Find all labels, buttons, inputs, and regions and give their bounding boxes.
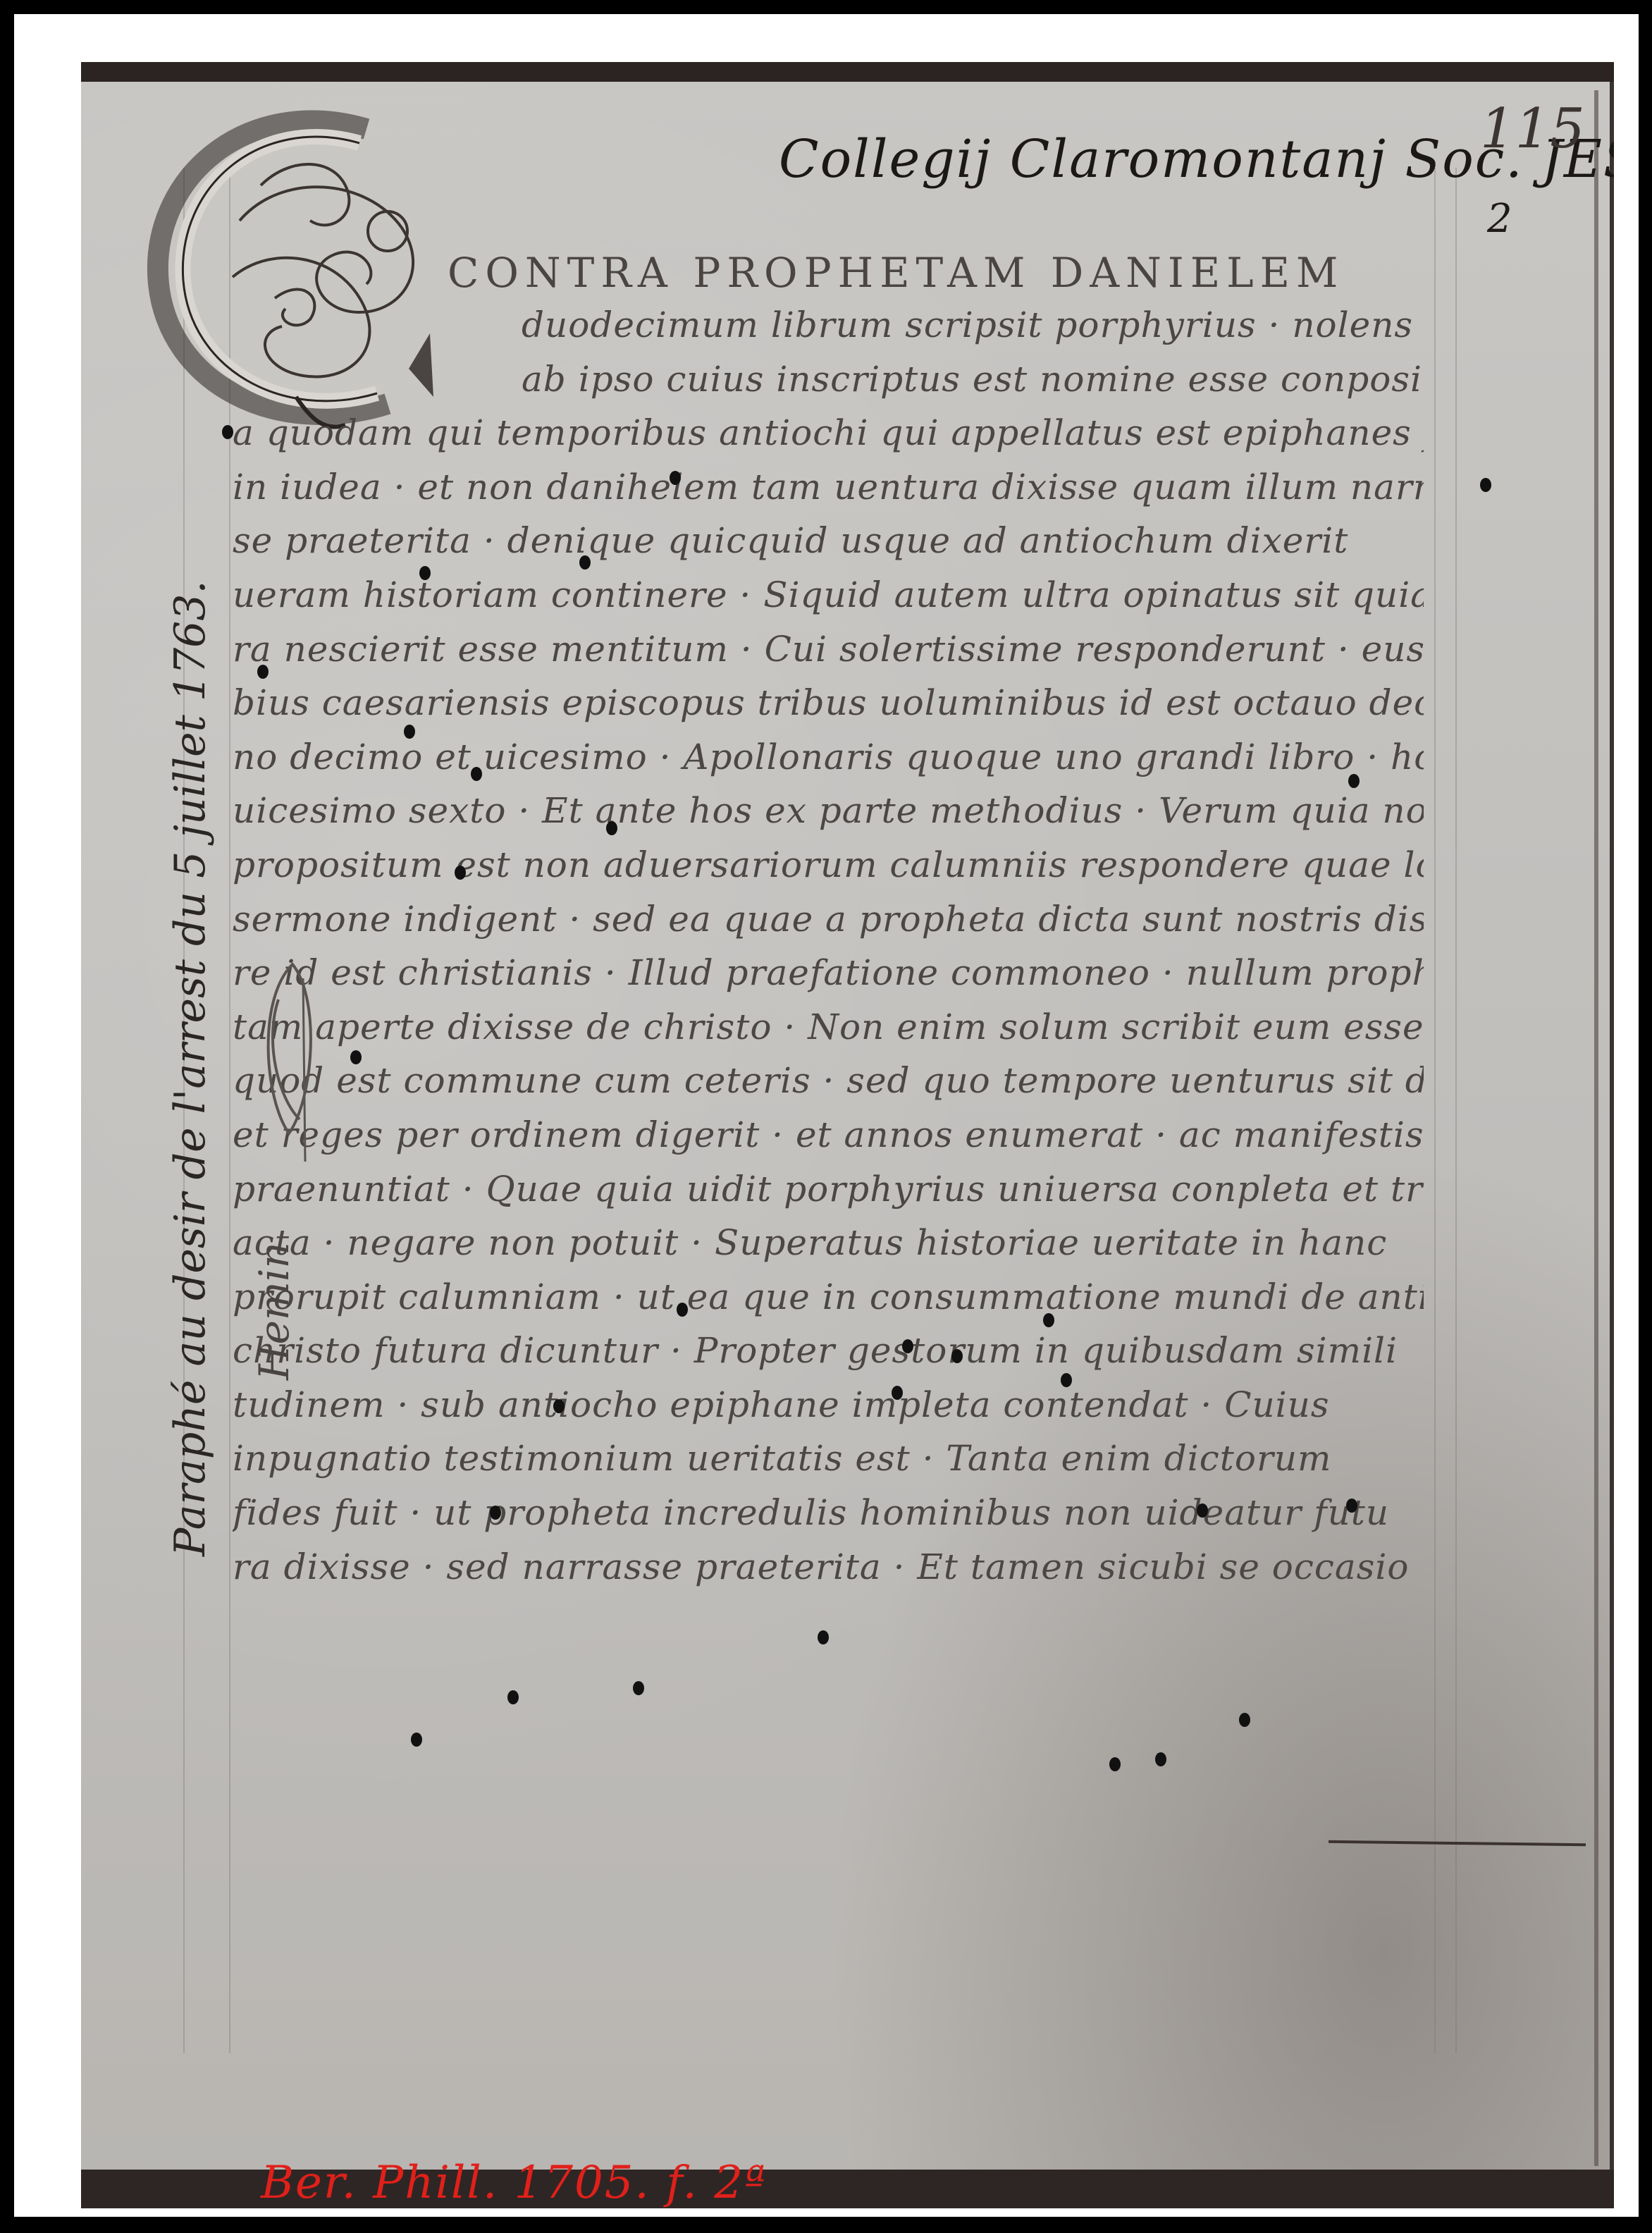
wormhole: [902, 1339, 913, 1353]
text-line: re id est christianis · Illud praefation…: [233, 946, 1424, 1000]
wormhole: [633, 1681, 644, 1695]
text-line: duodecimum librum scripsit porphyrius · …: [233, 298, 1424, 352]
wormhole: [455, 866, 466, 880]
text-line: ab ipso cuius inscriptus est nomine esse…: [233, 352, 1424, 407]
wormhole: [677, 1303, 688, 1317]
text-line: quod est commune cum ceteris · sed quo t…: [233, 1054, 1424, 1108]
text-line: praenuntiat · Quae quia uidit porphyrius…: [233, 1162, 1424, 1217]
wormhole: [1043, 1313, 1054, 1327]
archive-shelfmark-caption: Ber. Phill. 1705. f. 2ª: [261, 2157, 767, 2209]
wormhole: [411, 1733, 422, 1747]
wormhole: [579, 555, 591, 570]
wormhole: [471, 767, 482, 781]
wormhole: [507, 1690, 519, 1704]
wormhole: [818, 1630, 829, 1644]
text-line: inpugnatio testimonium ueritatis est · T…: [233, 1432, 1424, 1486]
folio-sub-number: 2: [1487, 196, 1512, 242]
wormhole: [1346, 1499, 1357, 1513]
wormhole: [1348, 774, 1360, 788]
text-line: et reges per ordinem digerit · et annos …: [233, 1108, 1424, 1162]
text-line: acta · negare non potuit · Superatus his…: [233, 1216, 1424, 1270]
margin-annotation: Paraphé au desir de l'arrest du 5 juille…: [166, 580, 215, 1556]
text-line: tudinem · sub antiocho epiphane impleta …: [233, 1378, 1424, 1432]
wormhole: [350, 1050, 362, 1064]
text-line: in iudea · et non danihelem tam uentura …: [233, 460, 1424, 515]
ruling-line: [229, 168, 230, 2053]
wormhole: [1197, 1503, 1208, 1518]
paraph-flourish-icon: [250, 957, 328, 1169]
wormhole: [553, 1399, 565, 1413]
manuscript-text: duodecimum librum scripsit porphyrius · …: [233, 298, 1424, 1594]
folio-number: 115: [1480, 97, 1585, 161]
text-line: propositum est non aduersariorum calumni…: [233, 838, 1424, 892]
text-line: bius caesariensis episcopus tribus uolum…: [233, 676, 1424, 730]
text-line: ra dixisse · sed narrasse praeterita · E…: [233, 1540, 1424, 1594]
text-line: ra nescierit esse mentitum · Cui solerti…: [233, 622, 1424, 677]
text-line: se praeterita · denique quicquid usque a…: [233, 514, 1424, 568]
wormhole: [1109, 1757, 1121, 1771]
text-line: ueram historiam continere · Siquid autem…: [233, 568, 1424, 622]
text-line: uicesimo sexto · Et ante hos ex parte me…: [233, 784, 1424, 838]
text-line: tam aperte dixisse de christo · Non enim…: [233, 1000, 1424, 1054]
margin-signature: Hemin: [250, 1242, 298, 1380]
ruling-line: [1455, 168, 1457, 2053]
ruling-line: [1434, 168, 1436, 2053]
wormhole: [1061, 1373, 1072, 1387]
wormhole: [490, 1506, 501, 1520]
wormhole: [1239, 1713, 1250, 1727]
text-line: a quodam qui temporibus antiochi qui app…: [233, 406, 1424, 460]
manuscript-photograph: Collegij Claromontanj Soc. JESV. 115 2 C…: [81, 62, 1614, 2208]
wormhole: [257, 665, 269, 679]
wormhole: [606, 821, 617, 835]
page-edge: [1594, 90, 1598, 2166]
wormhole: [1480, 478, 1491, 492]
wormhole: [419, 566, 431, 580]
wormhole: [404, 725, 415, 739]
wormhole: [1155, 1752, 1166, 1766]
text-line: sermone indigent · sed ea quae a prophet…: [233, 892, 1424, 947]
wormhole: [670, 471, 681, 485]
text-line: christo futura dicuntur · Propter gestor…: [233, 1324, 1424, 1378]
parchment-crease: [1329, 1840, 1586, 1846]
text-line: prorupit calumniam · ut ea que in consum…: [233, 1270, 1424, 1324]
text-line: fides fuit · ut propheta incredulis homi…: [233, 1486, 1424, 1540]
wormhole: [222, 425, 233, 439]
wormhole: [951, 1349, 963, 1363]
wormhole: [892, 1386, 903, 1400]
rubric-title: CONTRA PROPHETAM DANIELEM: [448, 249, 1344, 297]
